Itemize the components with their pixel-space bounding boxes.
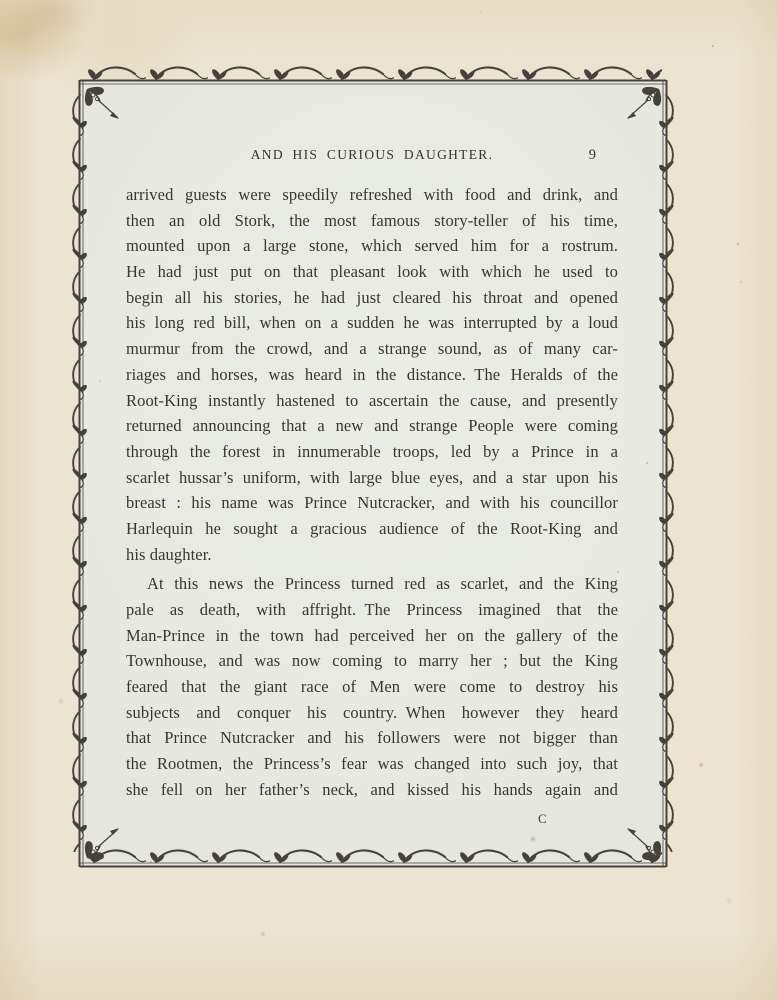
text-line: Harlequin he sought a gracious audience …: [126, 516, 618, 542]
text-line: He had just put on that pleasant look wi…: [126, 259, 618, 285]
page-number: 9: [589, 147, 596, 163]
text-line: murmur from the crowd, and a strange sou…: [126, 336, 618, 362]
text-line: feared that the giant race of Men were c…: [126, 674, 618, 700]
text-line: mounted upon a large stone, which served…: [126, 233, 618, 259]
book-page-scan: AND HIS CURIOUS DAUGHTER. 9 arrived gues…: [0, 0, 777, 1000]
text-line: pale as death, with affright. The Prince…: [126, 597, 618, 623]
signature-mark: C: [538, 811, 547, 827]
text-line: arrived guests were speedily refreshed w…: [126, 182, 618, 208]
text-line: his long red bill, when on a sudden he w…: [126, 310, 618, 336]
paragraph-2: At this news the Princess turned red as …: [126, 571, 618, 802]
text-line: she fell on her father’s neck, and kisse…: [126, 777, 618, 803]
text-line: then an old Stork, the most famous story…: [126, 208, 618, 234]
text-line: that Prince Nutcracker and his followers…: [126, 725, 618, 751]
paragraph-1: arrived guests were speedily refreshed w…: [126, 182, 618, 567]
text-line: Man-Prince in the town had perceived her…: [126, 623, 618, 649]
text-line: the Rootmen, the Princess’s fear was cha…: [126, 751, 618, 777]
text-line: returned announcing that a new and stran…: [126, 413, 618, 439]
text-line: subjects and conquer his country. When h…: [126, 700, 618, 726]
text-line: his daughter.: [126, 542, 618, 568]
text-line: begin all his stories, he had just clear…: [126, 285, 618, 311]
text-line: breast : his name was Prince Nutcracker,…: [126, 490, 618, 516]
text-line: At this news the Princess turned red as …: [126, 571, 618, 597]
running-header: AND HIS CURIOUS DAUGHTER. 9: [126, 147, 618, 165]
text-line: Townhouse, and was now coming to marry h…: [126, 648, 618, 674]
text-line: riages and horses, was heard in the dist…: [126, 362, 618, 388]
text-column: arrived guests were speedily refreshed w…: [126, 182, 618, 803]
paper-specks: [0, 0, 2, 2]
running-header-title: AND HIS CURIOUS DAUGHTER.: [126, 147, 618, 163]
text-line: Root-King instantly hastened to ascertai…: [126, 388, 618, 414]
text-line: through the forest in innumerable troops…: [126, 439, 618, 465]
text-line: scarlet hussar’s uniform, with large blu…: [126, 465, 618, 491]
